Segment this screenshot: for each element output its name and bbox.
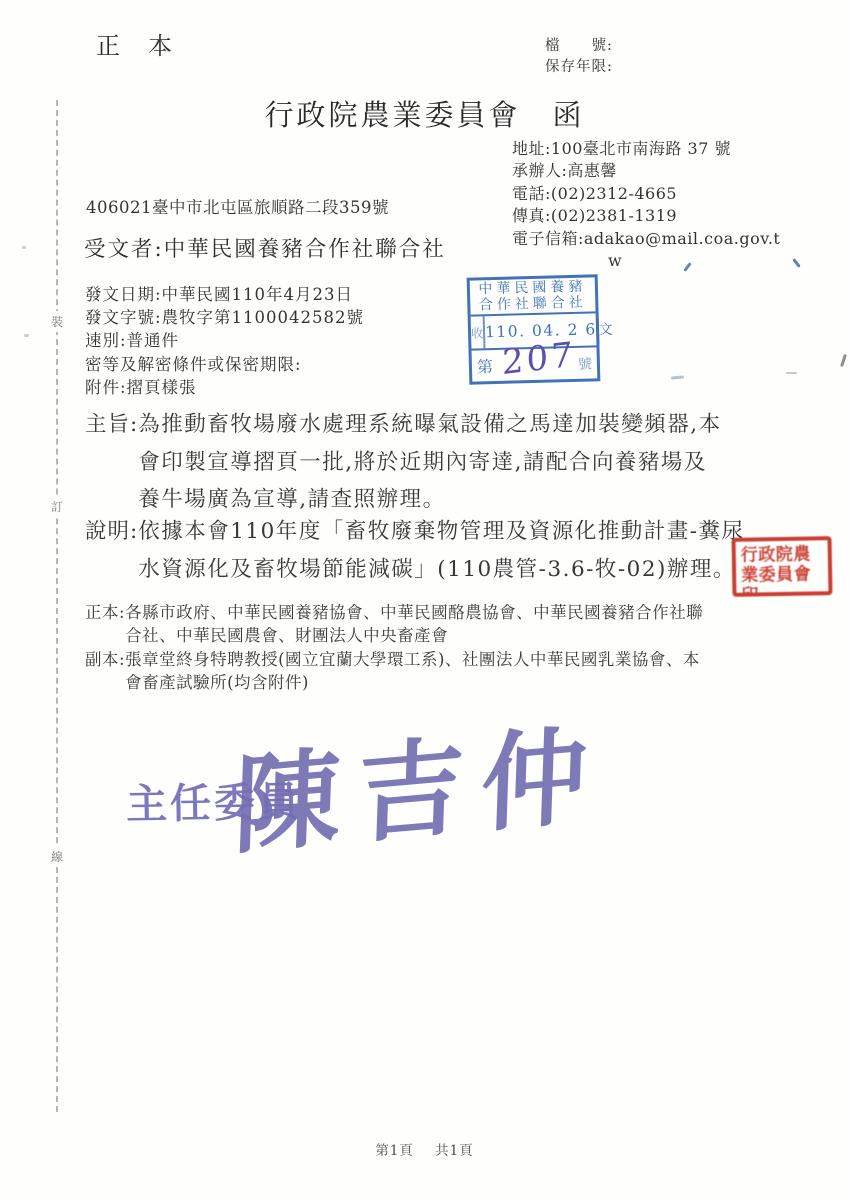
sender-contact-person: 承辦人:高惠馨 (512, 160, 780, 182)
received-stamp-number-row: 第 207 號 (472, 347, 598, 381)
attachment: 附件:摺頁樣張 (85, 376, 364, 399)
subject-paragraph: 主旨: 為推動畜牧場廢水處理系統曝氣設備之馬達加裝變頻器,本 會印製宣導摺頁一批… (85, 406, 802, 519)
received-stamp-number-suffix: 號 (578, 353, 593, 373)
received-stamp: 中華民國養豬 合作社聯合社 收 110. 04. 2 6 文 第 207 號 (467, 274, 601, 384)
document-meta-block: 發文日期:中華民國110年4月23日 發文字號:農牧字第1100042582號 … (85, 283, 364, 399)
scan-artifact (24, 334, 29, 337)
copy-label: 副本: (85, 648, 125, 695)
received-stamp-org-line2: 合作社聯合社 (470, 294, 595, 313)
file-number-box: 檔 號: 保存年限: (545, 36, 613, 77)
document-page: 裝 訂 線 正 本 檔 號: 保存年限: 行政院農業委員會 函 地址:100臺北… (0, 0, 849, 1200)
binding-char-ding: 訂 (48, 496, 66, 517)
sender-info-block: 地址:100臺北市南海路 37 號 承辦人:高惠馨 電話:(02)2312-46… (512, 138, 780, 272)
addressee-line: 受文者:中華民國養豬合作社聯合社 (84, 232, 446, 263)
scan-artifact (840, 354, 847, 367)
original-label: 正本: (85, 601, 125, 648)
sender-email-line1: 電子信箱:adakao@mail.coa.gov.t (512, 228, 780, 250)
scan-artifact (792, 258, 801, 268)
subject-label: 主旨: (85, 406, 138, 519)
distribution-block: 正本: 各縣市政府、中華民國養豬協會、中華民國酪農協會、中華民國養豬合作社聯 合… (85, 601, 803, 695)
page-number: 第1頁 (375, 1143, 414, 1159)
description-paragraph: 說明: 依據本會110年度「畜牧廢棄物管理及資源化推動計畫-糞尿 水資源化及畜牧… (85, 513, 802, 588)
sender-email-line2: w (512, 250, 780, 272)
recipient-postal-address: 406021臺中市北屯區旅順路二段359號 (86, 194, 389, 218)
description-text: 依據本會110年度「畜牧廢棄物管理及資源化推動計畫-糞尿 水資源化及畜牧場節能減… (138, 513, 802, 588)
security-level: 密等及解密條件或保密期限: (85, 353, 364, 376)
sender-fax: 傳真:(02)2381-1319 (512, 205, 780, 227)
received-stamp-doc-char: 文 (596, 313, 613, 345)
binding-dashed-line (56, 100, 58, 1112)
copy-recipients: 張章堂終身特聘教授(國立宜蘭大學環工系)、社團法人中華民國乳業協會、本 會畜產試… (125, 648, 803, 695)
original-recipients: 各縣市政府、中華民國養豬協會、中華民國酪農協會、中華民國養豬合作社聯 合社、中華… (125, 601, 803, 648)
priority: 速別:普通件 (85, 329, 364, 352)
received-stamp-org: 中華民國養豬 合作社聯合社 (470, 277, 596, 313)
copy-type-label: 正 本 (96, 26, 174, 61)
doc-number: 發文字號:農牧字第1100042582號 (85, 306, 364, 329)
binding-char-zhuang: 裝 (48, 311, 66, 332)
copy-recipients-row: 副本: 張章堂終身特聘教授(國立宜蘭大學環工系)、社團法人中華民國乳業協會、本 … (85, 648, 803, 695)
signature-handwritten-name: 陳吉仲 (232, 689, 608, 874)
received-stamp-receive-char: 收 (471, 316, 486, 348)
binding-char-xian: 線 (48, 846, 66, 867)
original-recipients-row: 正本: 各縣市政府、中華民國養豬協會、中華民國酪農協會、中華民國養豬合作社聯 合… (85, 601, 803, 648)
description-label: 說明: (85, 513, 138, 588)
scan-artifact (786, 372, 797, 374)
issue-date: 發文日期:中華民國110年4月23日 (85, 283, 364, 306)
page-footer: 第1頁 共1頁 (0, 1139, 849, 1159)
total-pages: 共1頁 (435, 1143, 474, 1159)
received-stamp-handwritten-number: 207 (502, 335, 576, 384)
sender-address: 地址:100臺北市南海路 37 號 (512, 138, 780, 160)
retention-label: 保存年限: (545, 57, 613, 78)
official-red-seal: 行政院農業委員會印 (731, 536, 832, 597)
received-stamp-number-prefix: 第 (477, 354, 494, 377)
file-number-label: 檔 號: (545, 36, 613, 57)
scan-artifact (671, 375, 684, 379)
scan-artifact (22, 246, 26, 249)
subject-text: 為推動畜牧場廢水處理系統曝氣設備之馬達加裝變頻器,本 會印製宣導摺頁一批,將於近… (138, 406, 802, 519)
sender-phone: 電話:(02)2312-4665 (512, 183, 780, 205)
document-title: 行政院農業委員會 函 (0, 93, 849, 134)
